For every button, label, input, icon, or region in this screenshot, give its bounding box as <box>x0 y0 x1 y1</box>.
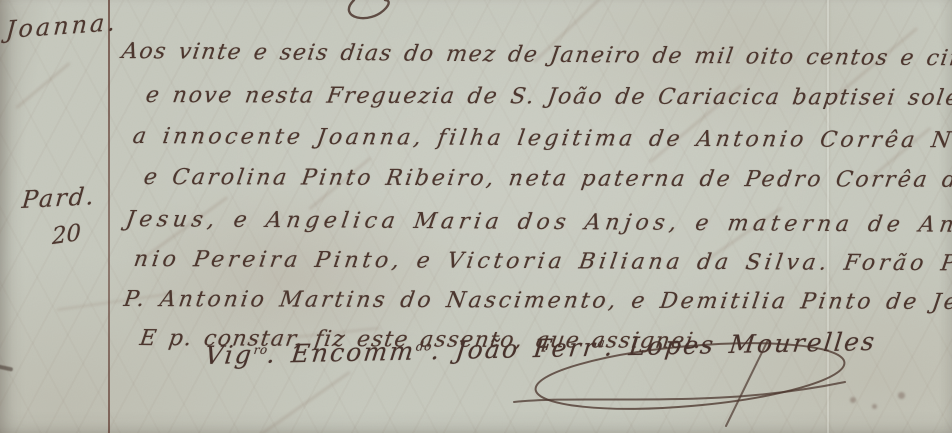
record-line-6: nio Pereira Pinto, e Victoria Biliana da… <box>134 246 952 276</box>
signature-segment: Vigro <box>203 340 269 370</box>
signature-segment: . Lopes Mourelles <box>603 327 878 362</box>
margin-entry-designation-text: Pard. <box>21 182 97 214</box>
record-line-text: Jesus, e Angelica Maria dos Anjos, e mat… <box>124 207 952 238</box>
ink-spot <box>850 397 856 403</box>
ink-spot <box>898 392 905 399</box>
signature-text: . Lopes Mourelles <box>603 327 878 362</box>
signature-segment: . João Ferra <box>430 333 607 366</box>
signature-segment: . Encommdo <box>265 336 433 369</box>
record-line-text: Aos vinte e seis dias do mez de Janeiro … <box>120 39 952 72</box>
margin-entry-name-text: Joanna. <box>5 8 119 44</box>
bleed-stroke <box>15 62 71 109</box>
ink-spot <box>872 404 877 409</box>
record-line-2: e nove nesta Freguezia de S. João de Car… <box>146 82 952 111</box>
record-line-text: nio Pereira Pinto, e Victoria Biliana da… <box>132 247 952 276</box>
record-line-text: P. Antonio Martins do Nascimento, e Demi… <box>122 287 952 315</box>
margin-entry-record-number: 20 <box>50 220 83 250</box>
record-line-text: a innocente Joanna, filha legitima de An… <box>131 124 952 154</box>
margin-entry-name: Joanna. <box>5 8 119 44</box>
signature-text: Vig <box>203 340 255 370</box>
margin-entry-record-number-text: 20 <box>52 220 81 250</box>
record-line-3: a innocente Joanna, filha legitima de An… <box>133 123 952 154</box>
record-line-5: Jesus, e Angelica Maria dos Anjos, e mat… <box>126 206 952 238</box>
bleed-stroke <box>259 371 351 433</box>
ink-flourish-top <box>330 0 410 24</box>
signature-text: . João Ferr <box>430 333 599 366</box>
ink-blot-left-edge <box>0 364 13 371</box>
manuscript-page: Joanna. Pard. 20 Aos vinte e seis dias d… <box>0 0 952 433</box>
margin-entry-designation: Pard. <box>21 182 96 214</box>
margin-rule-line <box>108 0 110 433</box>
record-line-text: e Carolina Pinto Ribeiro, neta paterna d… <box>142 165 952 193</box>
record-line-4: e Carolina Pinto Ribeiro, neta paterna d… <box>144 164 952 193</box>
record-line-text: e nove nesta Freguezia de S. João de Car… <box>144 83 952 111</box>
record-line-7: P. Antonio Martins do Nascimento, e Demi… <box>124 286 952 315</box>
signature-text: . Encomm <box>265 337 417 369</box>
